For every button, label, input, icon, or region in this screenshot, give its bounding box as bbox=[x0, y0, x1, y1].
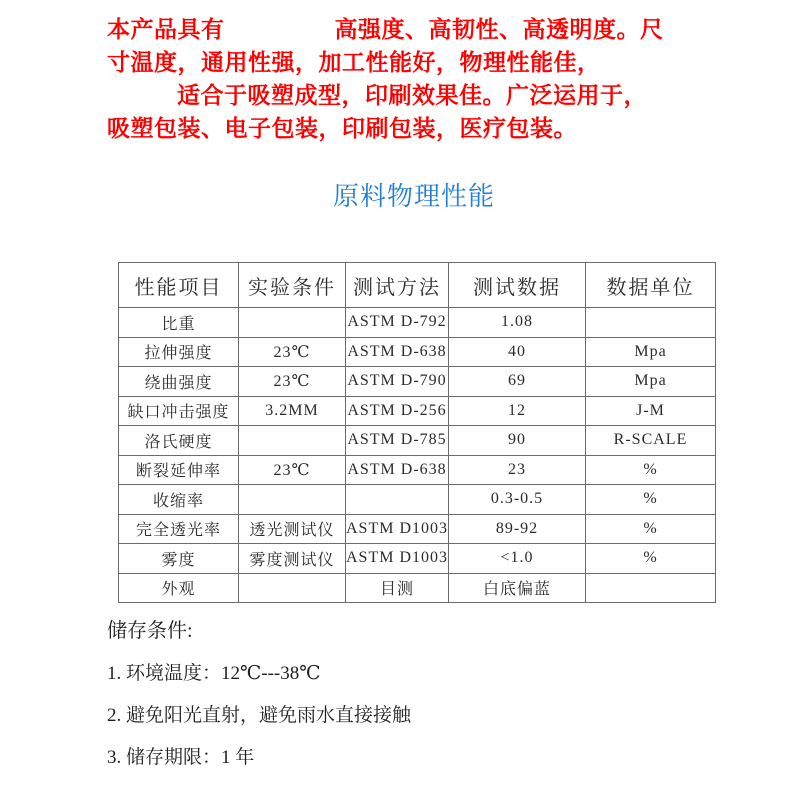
cell-method: ASTM D-638 bbox=[346, 337, 449, 367]
table-row: 完全透光率 透光测试仪 ASTM D1003 89-92 % bbox=[119, 514, 716, 544]
table-row: 拉伸强度 23℃ ASTM D-638 40 Mpa bbox=[119, 337, 716, 367]
cell-method: ASTM D1003 bbox=[346, 544, 449, 574]
physical-properties-table: 性能项目 实验条件 测试方法 测试数据 数据单位 比重 ASTM D-792 1… bbox=[118, 262, 716, 603]
table-row: 缺口冲击强度 3.2MM ASTM D-256 12 J-M bbox=[119, 396, 716, 426]
cell-item: 比重 bbox=[119, 308, 239, 338]
cell-item: 外观 bbox=[119, 573, 239, 603]
cell-item: 缺口冲击强度 bbox=[119, 396, 239, 426]
cell-condition: 23℃ bbox=[239, 367, 346, 397]
cell-method: ASTM D-638 bbox=[346, 455, 449, 485]
storage-title: 储存条件: bbox=[107, 617, 411, 645]
intro-line-1-right: 高强度、高韧性、高透明度。尺 bbox=[335, 16, 664, 42]
cell-item: 完全透光率 bbox=[119, 514, 239, 544]
cell-unit bbox=[586, 573, 716, 603]
col-header-item: 性能项目 bbox=[119, 263, 239, 308]
cell-unit: Mpa bbox=[586, 337, 716, 367]
intro-line-3: 适合于吸塑成型，印刷效果佳。广泛运用于， bbox=[107, 79, 727, 112]
table-row: 绕曲强度 23℃ ASTM D-790 69 Mpa bbox=[119, 367, 716, 397]
table-row: 收缩率 0.3-0.5 % bbox=[119, 485, 716, 515]
cell-method bbox=[346, 485, 449, 515]
storage-item-3: 3. 储存期限：1 年 bbox=[107, 743, 411, 773]
product-spec-page: { "colors": { "red_text": "#ff0000", "bl… bbox=[0, 0, 800, 800]
intro-line-4: 吸塑包装、电子包装，印刷包装，医疗包装。 bbox=[107, 112, 727, 145]
col-header-condition: 实验条件 bbox=[239, 263, 346, 308]
cell-data: 89-92 bbox=[449, 514, 586, 544]
col-header-method: 测试方法 bbox=[346, 263, 449, 308]
cell-condition: 23℃ bbox=[239, 455, 346, 485]
cell-data: 90 bbox=[449, 426, 586, 456]
table-row: 断裂延伸率 23℃ ASTM D-638 23 % bbox=[119, 455, 716, 485]
cell-item: 收缩率 bbox=[119, 485, 239, 515]
col-header-data: 测试数据 bbox=[449, 263, 586, 308]
cell-method: ASTM D-792 bbox=[346, 308, 449, 338]
cell-condition: 雾度测试仪 bbox=[239, 544, 346, 574]
cell-unit bbox=[586, 308, 716, 338]
cell-data: 40 bbox=[449, 337, 586, 367]
cell-item: 雾度 bbox=[119, 544, 239, 574]
storage-item-2: 2. 避免阳光直射，避免雨水直接接触 bbox=[107, 701, 411, 731]
col-header-unit: 数据单位 bbox=[586, 263, 716, 308]
table-header-row: 性能项目 实验条件 测试方法 测试数据 数据单位 bbox=[119, 263, 716, 308]
table-row: 比重 ASTM D-792 1.08 bbox=[119, 308, 716, 338]
storage-conditions: 储存条件: 1. 环境温度：12℃---38℃ 2. 避免阳光直射，避免雨水直接… bbox=[107, 617, 411, 785]
cell-condition: 透光测试仪 bbox=[239, 514, 346, 544]
section-title: 原料物理性能 bbox=[333, 181, 495, 213]
cell-method: 目测 bbox=[346, 573, 449, 603]
cell-unit: % bbox=[586, 455, 716, 485]
cell-data: 23 bbox=[449, 455, 586, 485]
cell-condition bbox=[239, 426, 346, 456]
cell-condition: 3.2MM bbox=[239, 396, 346, 426]
cell-unit: J-M bbox=[586, 396, 716, 426]
cell-method: ASTM D-785 bbox=[346, 426, 449, 456]
cell-condition: 23℃ bbox=[239, 337, 346, 367]
cell-method: ASTM D-256 bbox=[346, 396, 449, 426]
cell-condition bbox=[239, 573, 346, 603]
cell-item: 绕曲强度 bbox=[119, 367, 239, 397]
intro-line-1: 本产品具有高强度、高韧性、高透明度。尺 bbox=[107, 13, 727, 46]
cell-unit: % bbox=[586, 544, 716, 574]
cell-data: 0.3-0.5 bbox=[449, 485, 586, 515]
table-row: 外观 目测 白底偏蓝 bbox=[119, 573, 716, 603]
table-row: 洛氏硬度 ASTM D-785 90 R-SCALE bbox=[119, 426, 716, 456]
cell-item: 洛氏硬度 bbox=[119, 426, 239, 456]
cell-data: <1.0 bbox=[449, 544, 586, 574]
cell-data: 69 bbox=[449, 367, 586, 397]
cell-method: ASTM D-790 bbox=[346, 367, 449, 397]
cell-item: 拉伸强度 bbox=[119, 337, 239, 367]
cell-unit: Mpa bbox=[586, 367, 716, 397]
product-description: 本产品具有高强度、高韧性、高透明度。尺 寸温度，通用性强，加工性能好，物理性能佳… bbox=[107, 13, 727, 145]
cell-data: 1.08 bbox=[449, 308, 586, 338]
intro-line-2: 寸温度，通用性强，加工性能好，物理性能佳， bbox=[107, 46, 727, 79]
cell-unit: % bbox=[586, 485, 716, 515]
cell-method: ASTM D1003 bbox=[346, 514, 449, 544]
intro-line-1-left: 本产品具有 bbox=[107, 16, 225, 42]
cell-item: 断裂延伸率 bbox=[119, 455, 239, 485]
cell-data: 白底偏蓝 bbox=[449, 573, 586, 603]
cell-unit: % bbox=[586, 514, 716, 544]
table-row: 雾度 雾度测试仪 ASTM D1003 <1.0 % bbox=[119, 544, 716, 574]
cell-condition bbox=[239, 308, 346, 338]
cell-condition bbox=[239, 485, 346, 515]
cell-data: 12 bbox=[449, 396, 586, 426]
intro-line-3-text: 适合于吸塑成型，印刷效果佳。广泛运用于， bbox=[177, 82, 647, 108]
storage-item-1: 1. 环境温度：12℃---38℃ bbox=[107, 659, 411, 689]
cell-unit: R-SCALE bbox=[586, 426, 716, 456]
